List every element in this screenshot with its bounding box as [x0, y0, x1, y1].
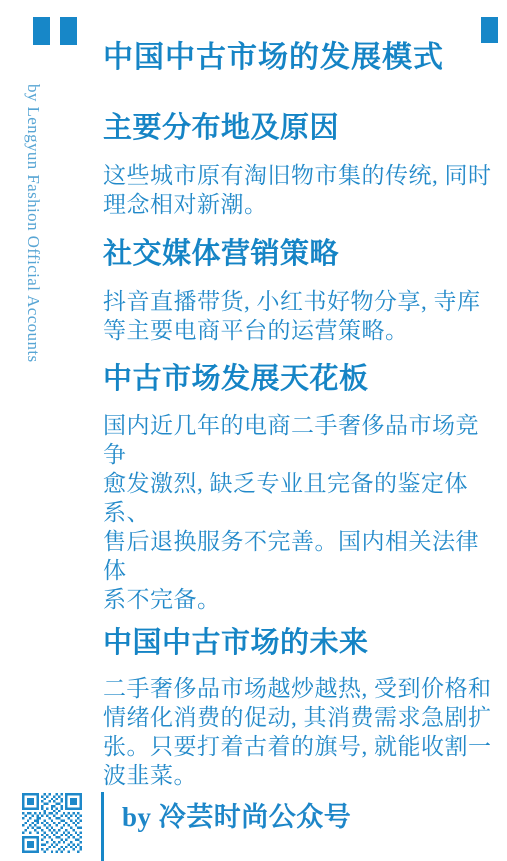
page-title: 中国中古市场的发展模式 [103, 40, 495, 76]
vertical-credit-text: by Lengyun Fashion Official Accounts [21, 84, 45, 363]
section-body: 国内近几年的电商二手奢侈品市场竞争 愈发激烈, 缺乏专业且完备的鉴定体系、 售后… [103, 411, 495, 614]
footer-credit-text: by 冷芸时尚公众号 [122, 800, 351, 834]
section-body: 这些城市原有淘旧物市集的传统, 同时 理念相对新潮。 [103, 161, 495, 219]
section-body: 抖音直播带货, 小红书好物分享, 寺库 等主要电商平台的运营策略。 [103, 287, 495, 345]
section-body: 二手奢侈品市场越炒越热, 受到价格和 情绪化消费的促动, 其消费需求急剧扩 张。… [103, 674, 495, 790]
decor-square-top-left-2 [60, 17, 77, 45]
section-future: 中国中古市场的未来 二手奢侈品市场越炒越热, 受到价格和 情绪化消费的促动, 其… [103, 625, 495, 790]
content-column: 中国中古市场的发展模式 主要分布地及原因 这些城市原有淘旧物市集的传统, 同时 … [103, 40, 495, 790]
infographic-page: by Lengyun Fashion Official Accounts 中国中… [0, 0, 507, 861]
decor-square-top-left-1 [33, 17, 50, 45]
section-ceiling: 中古市场发展天花板 国内近几年的电商二手奢侈品市场竞争 愈发激烈, 缺乏专业且完… [103, 361, 495, 614]
footer-divider-line [101, 792, 104, 861]
section-heading: 主要分布地及原因 [103, 110, 495, 146]
section-heading: 社交媒体营销策略 [103, 236, 495, 272]
section-heading: 中古市场发展天花板 [103, 361, 495, 397]
section-social-media: 社交媒体营销策略 抖音直播带货, 小红书好物分享, 寺库 等主要电商平台的运营策… [103, 236, 495, 345]
section-distribution: 主要分布地及原因 这些城市原有淘旧物市集的传统, 同时 理念相对新潮。 [103, 110, 495, 219]
qr-code-icon [22, 792, 82, 854]
section-heading: 中国中古市场的未来 [103, 625, 495, 661]
